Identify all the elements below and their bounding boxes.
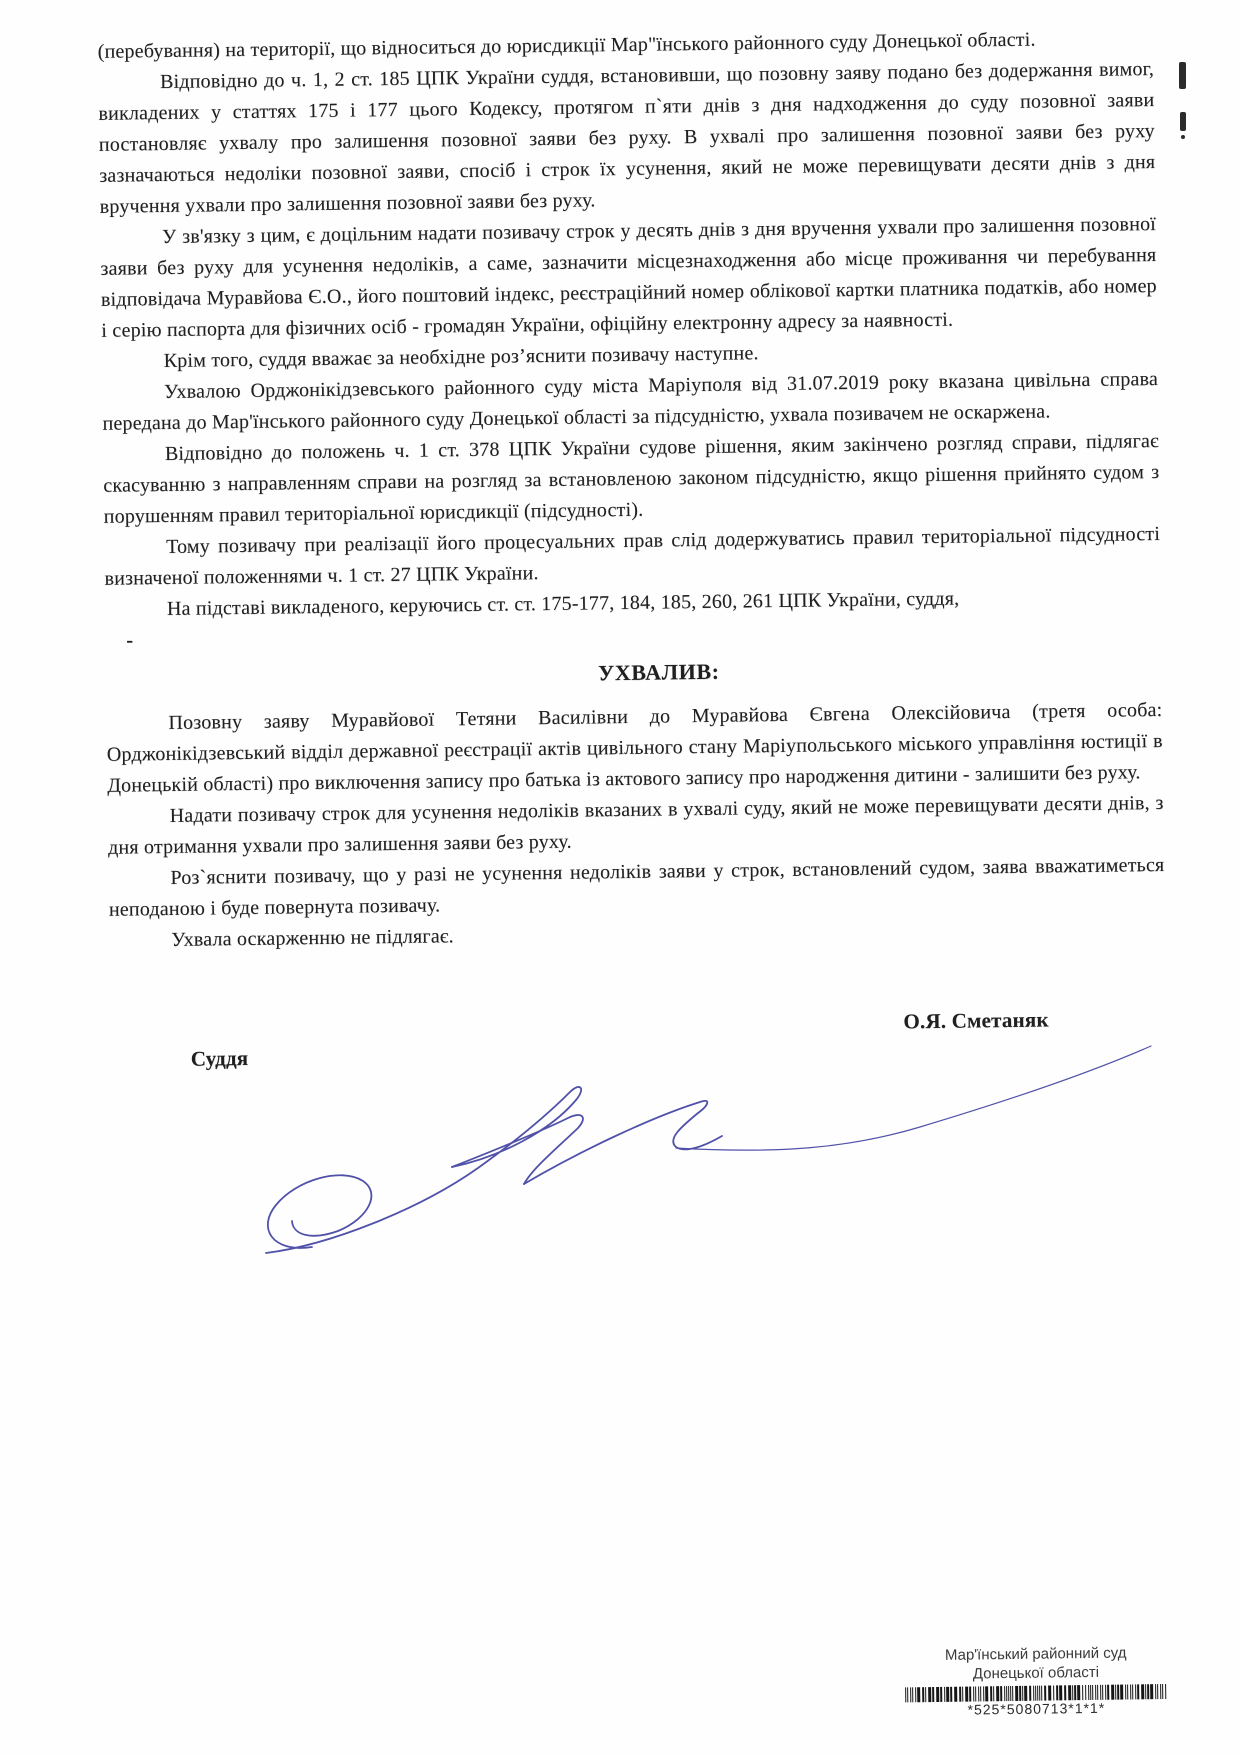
court-stamp-footer: Мар'їнський районний суд Донецької облас… — [860, 1642, 1213, 1719]
body-paragraph: Відповідно до ч. 1, 2 ст. 185 ЦПК Україн… — [98, 54, 1156, 223]
judge-label: Суддя — [191, 1043, 249, 1075]
scanned-court-document-page: (перебування) на території, що відносить… — [0, 0, 1240, 1754]
document-body: (перебування) на території, що відносить… — [0, 0, 1240, 1142]
judge-name: О.Я. Сметаняк — [903, 1004, 1049, 1037]
scan-artifact — [1179, 62, 1186, 89]
body-paragraph: У зв'язку з цим, є доцільним надати пози… — [100, 209, 1158, 347]
scan-artifact — [1180, 112, 1186, 131]
body-paragraph: Відповідно до положень ч. 1 ст. 378 ЦПК … — [103, 426, 1160, 533]
signature-block: Суддя О.Я. Сметаняк — [110, 947, 1168, 1141]
resolution-paragraph: Позовну заяву Муравйової Тетяни Василівн… — [106, 695, 1163, 802]
scan-artifact — [1181, 135, 1185, 139]
printed-layer: (перебування) на території, що відносить… — [0, 0, 1240, 1754]
footer-court-region: Донецької області — [860, 1661, 1212, 1685]
